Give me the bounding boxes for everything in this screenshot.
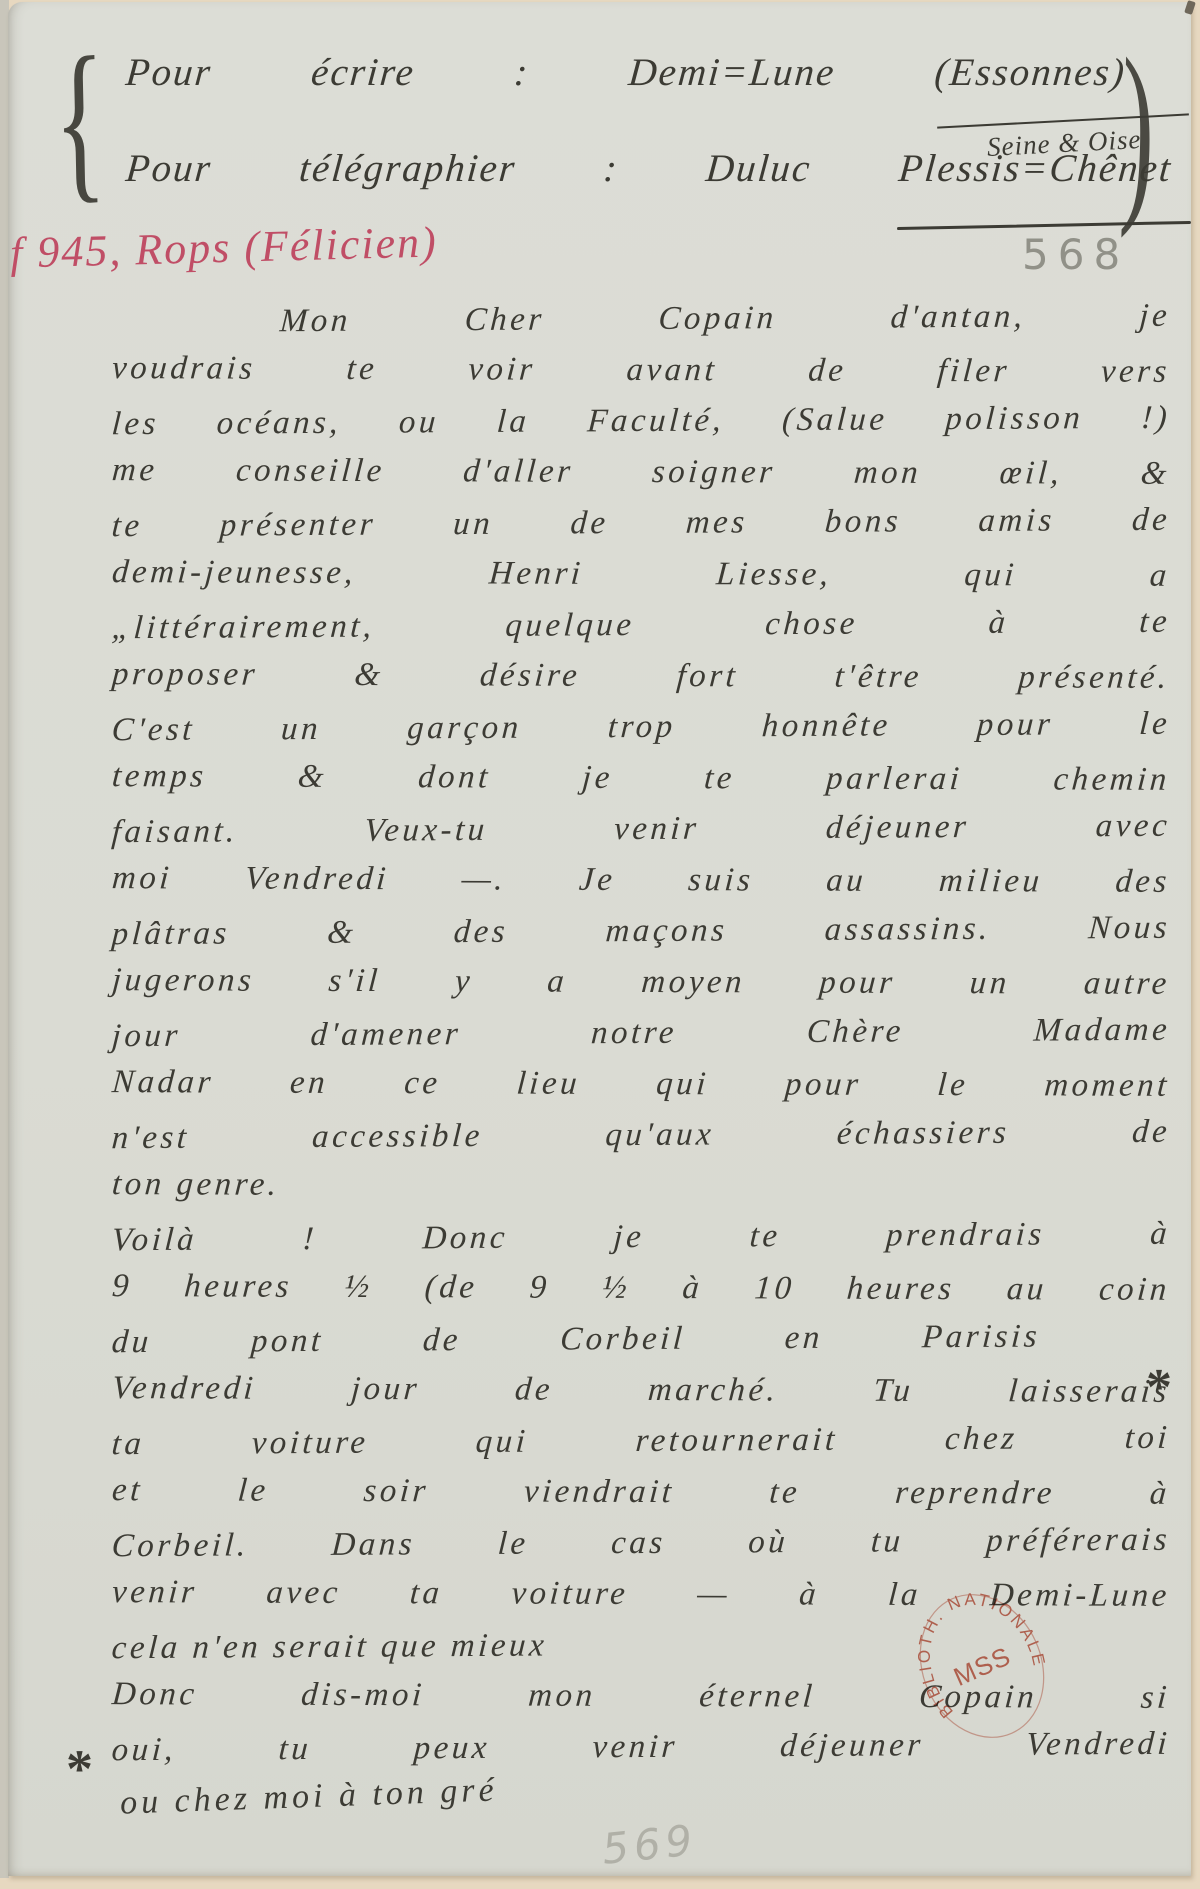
telegraph-label: Pour télégraphier : bbox=[124, 147, 620, 190]
manuscript-line: voudrais te voir avant de filer vers bbox=[110, 343, 1171, 398]
manuscript-line: jour d'amener notre Chère Madame bbox=[110, 1005, 1172, 1062]
folio-number-bottom: 569 bbox=[600, 1815, 700, 1874]
address-line-telegraph: Pour télégraphier : Duluc Plessis=Chênet bbox=[124, 146, 1174, 191]
folio-number-top: 568 bbox=[1022, 230, 1129, 279]
manuscript-line: temps & dont je te parlerai chemin bbox=[110, 751, 1171, 806]
manuscript-line: proposer & désire fort t'être présenté. bbox=[110, 649, 1171, 704]
manuscript-line: me conseille d'aller soigner mon œil, & bbox=[110, 445, 1171, 500]
margin-asterisk-mark: * bbox=[1146, 1358, 1172, 1417]
manuscript-line: plâtras & des maçons assassins. Nous bbox=[110, 903, 1172, 960]
manuscript-line: jugerons s'il y a moyen pour un autre bbox=[110, 955, 1171, 1010]
address-brace-left: { bbox=[52, 15, 108, 224]
letter-body: Mon Cher Copain d'antan, jevoudrais te v… bbox=[112, 294, 1170, 1773]
address-line-write: Pour écrire : Demi=Lune (Essonnes) bbox=[124, 50, 1128, 95]
manuscript-line: demi-jeunesse, Henri Liesse, qui a bbox=[110, 547, 1171, 602]
write-label: Pour écrire : bbox=[124, 51, 531, 94]
manuscript-line: Mon Cher Copain d'antan, je bbox=[110, 291, 1172, 348]
manuscript-line: Voilà ! Donc je te prendrais à bbox=[110, 1209, 1172, 1266]
manuscript-line: ton genre. bbox=[110, 1159, 1171, 1214]
manuscript-line: Nadar en ce lieu qui pour le moment bbox=[110, 1057, 1171, 1112]
manuscript-line: C'est un garçon trop honnête pour le bbox=[110, 699, 1172, 756]
write-value: Demi=Lune (Essonnes) bbox=[627, 51, 1128, 94]
scanned-letter: { "colors": { "background": "#e7d8c0", "… bbox=[0, 0, 1200, 1889]
manuscript-line: 9 heures ½ (de 9 ½ à 10 heures au coin bbox=[110, 1261, 1171, 1316]
manuscript-line: du pont de Corbeil en Parisis bbox=[110, 1311, 1172, 1368]
manuscript-line: faisant. Veux-tu venir déjeuner avec bbox=[110, 801, 1172, 858]
manuscript-line: Vendredi jour de marché. Tu laisserais bbox=[110, 1363, 1171, 1418]
manuscript-line: te présenter un de mes bons amis de bbox=[110, 495, 1172, 552]
manuscript-line: moi Vendredi —. Je suis au milieu des bbox=[110, 853, 1171, 908]
manuscript-line: n'est accessible qu'aux échassiers de bbox=[110, 1107, 1172, 1164]
stamp-center-text: MSS bbox=[950, 1642, 1015, 1692]
footnote-marker: * bbox=[66, 1738, 93, 1800]
telegraph-value: Duluc Plessis=Chênet bbox=[704, 147, 1174, 190]
manuscript-line: „littérairement, quelque chose à te bbox=[110, 597, 1172, 654]
manuscript-line: ta voiture qui retournerait chez toi bbox=[110, 1413, 1172, 1470]
manuscript-line: et le soir viendrait te reprendre à bbox=[110, 1465, 1171, 1520]
manuscript-line: les océans, ou la Faculté, (Salue poliss… bbox=[110, 393, 1172, 450]
